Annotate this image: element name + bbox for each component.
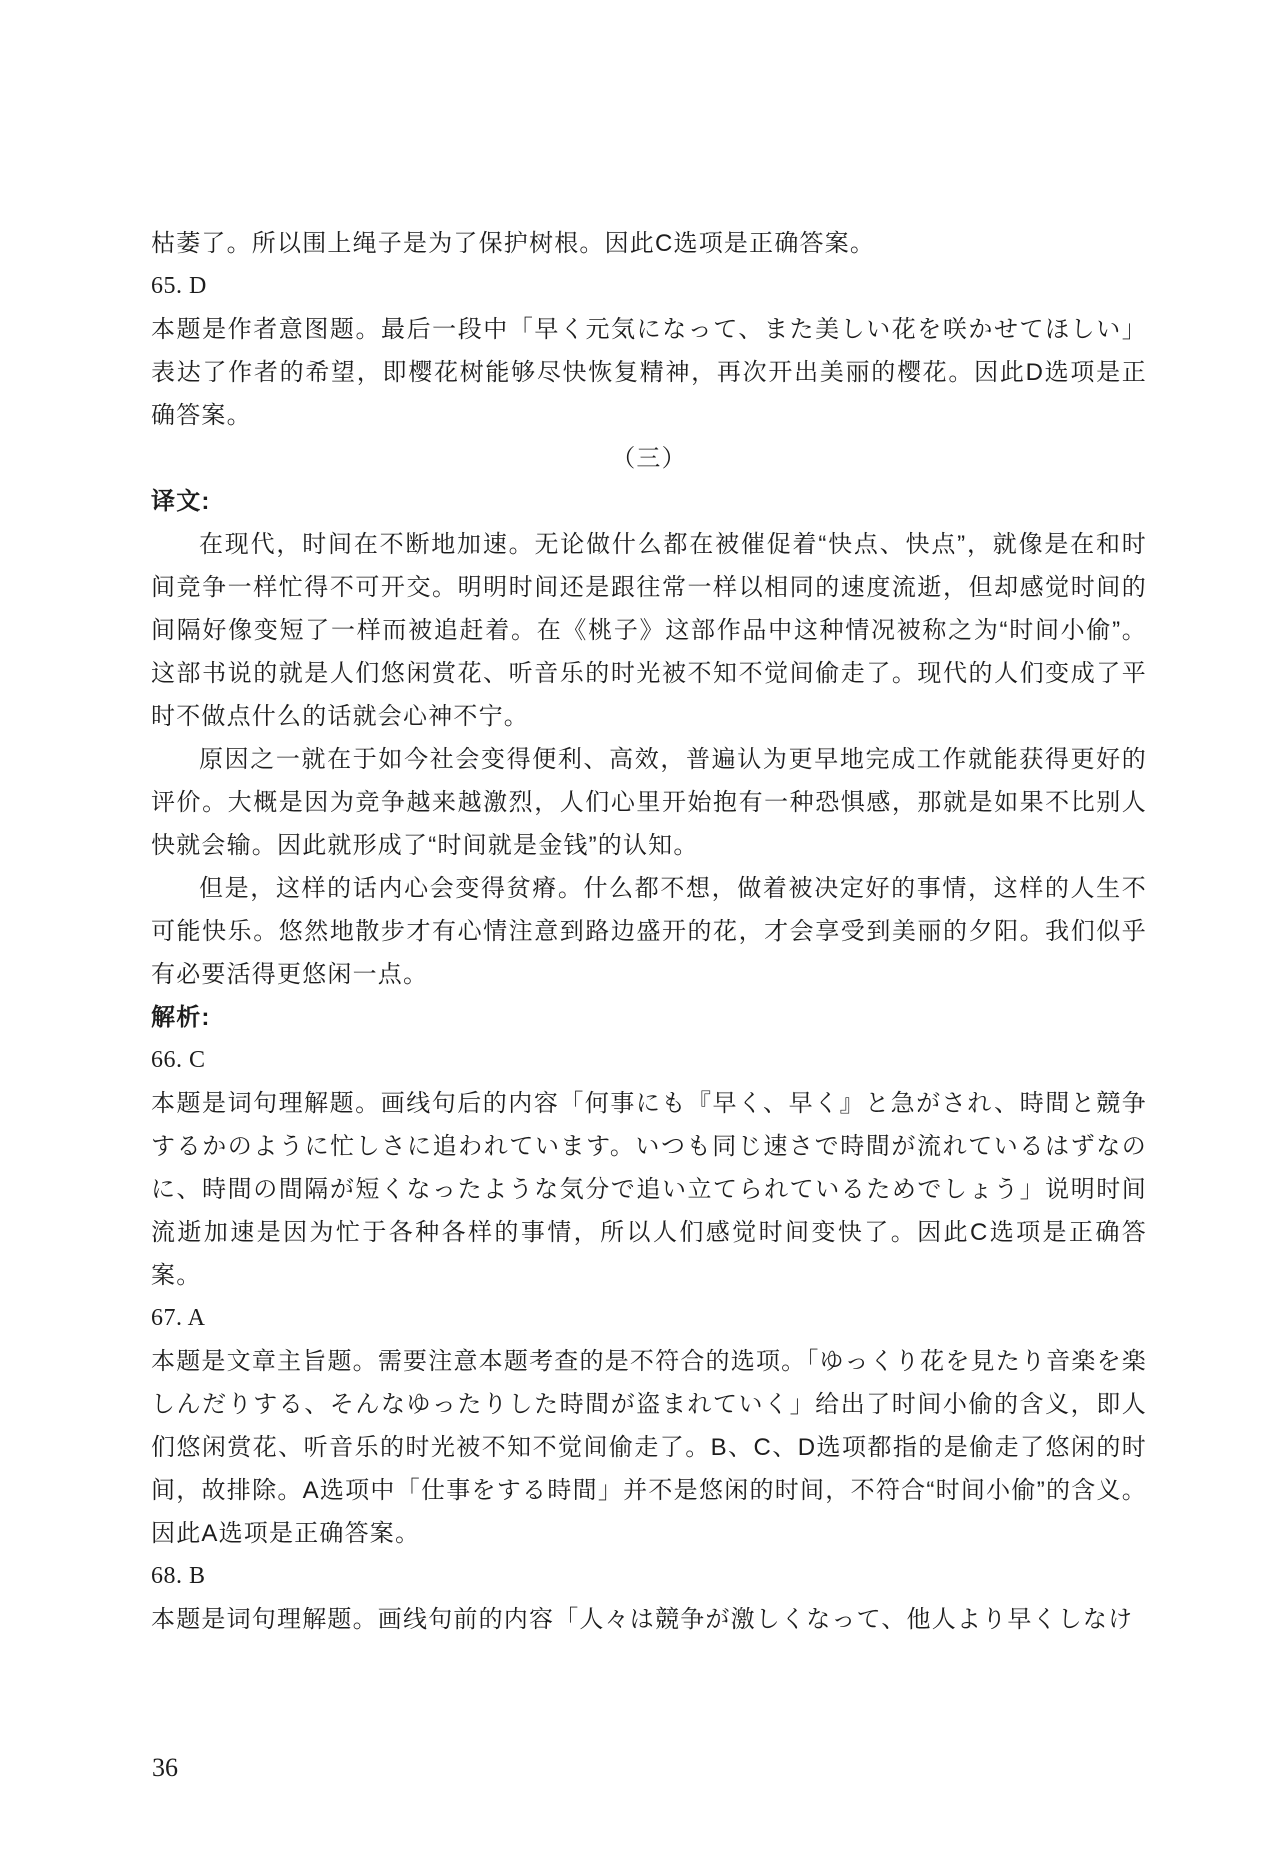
paragraph: 在现代，时间在不断地加速。无论做什么都在被催促着“快点、快点”，就像是在和时间竞… xyxy=(151,523,1147,738)
answer-number: 66. C xyxy=(151,1039,1147,1082)
paragraph: 本题是作者意图题。最后一段中「早く元気になって、また美しい花を咲かせてほしい」表… xyxy=(151,308,1147,437)
answer-number: 65. D xyxy=(151,265,1147,308)
document-page: 枯萎了。所以围上绳子是为了保护树根。因此C选项是正确答案。 65. D 本题是作… xyxy=(0,0,1286,1875)
paragraph: 原因之一就在于如今社会变得便利、高效，普遍认为更早地完成工作就能获得更好的评价。… xyxy=(151,738,1147,867)
answer-number: 68. B xyxy=(151,1555,1147,1598)
page-number: 36 xyxy=(152,1752,178,1784)
paragraph: 但是，这样的话内心会变得贫瘠。什么都不想，做着被决定好的事情，这样的人生不可能快… xyxy=(151,867,1147,996)
paragraph: 本题是文章主旨题。需要注意本题考查的是不符合的选项。「ゆっくり花を見たり音楽を楽… xyxy=(151,1340,1147,1555)
section-heading: （三） xyxy=(151,437,1147,480)
paragraph: 枯萎了。所以围上绳子是为了保护树根。因此C选项是正确答案。 xyxy=(151,222,1147,265)
translation-label: 译文: xyxy=(151,480,1147,523)
document-body: 枯萎了。所以围上绳子是为了保护树根。因此C选项是正确答案。 65. D 本题是作… xyxy=(151,222,1147,1641)
paragraph: 本题是词句理解题。画线句后的内容「何事にも『早く、早く』と急がされ、時間と競争す… xyxy=(151,1082,1147,1297)
analysis-label: 解析: xyxy=(151,996,1147,1039)
answer-number: 67. A xyxy=(151,1297,1147,1340)
paragraph: 本题是词句理解题。画线句前的内容「人々は競争が激しくなって、他人より早くしなけ xyxy=(151,1598,1147,1641)
